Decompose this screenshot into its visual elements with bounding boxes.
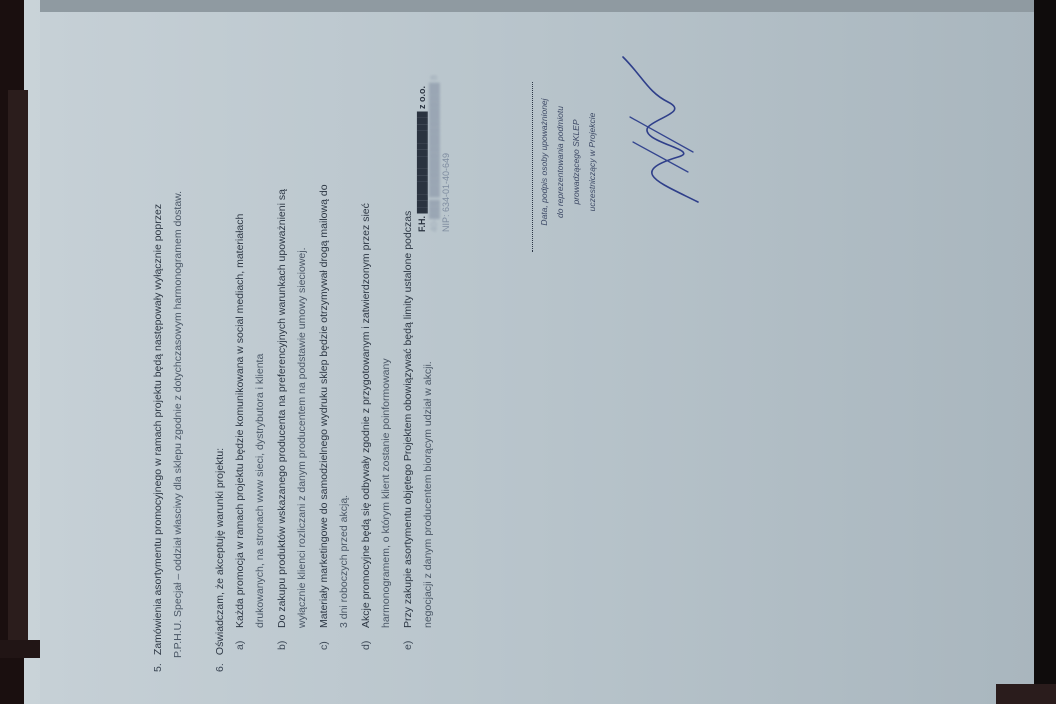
item-label: d) [356, 628, 376, 650]
text-line: Każda promocja w ramach projektu będzie … [234, 214, 246, 628]
item-label: e) [398, 628, 418, 650]
item-label: a) [230, 628, 250, 650]
handwritten-signature [618, 52, 708, 212]
signature-line [532, 82, 533, 252]
section-5-line-1: 5. Zamówienia asortymentu promocyjnego w… [148, 82, 168, 672]
folder-edge [8, 90, 28, 650]
section-number: 6. [210, 658, 230, 672]
text-line: Zamówienia asortymentu promocyjnego w ra… [152, 204, 164, 655]
section-6: 6. Oświadczam, że akceptuję warunki proj… [210, 82, 230, 672]
text-line: harmonogramem, o którym klient zostanie … [380, 358, 392, 628]
text-line: 3 dni roboczych przed akcją. [338, 495, 350, 628]
item-b: b)Do zakupu produktów wskazanego produce… [272, 80, 312, 650]
section-heading: Oświadczam, że akceptuję warunki projekt… [214, 448, 226, 655]
text-line: Materiały marketingowe do samodzielnego … [318, 184, 330, 628]
item-a: a)Każda promocja w ramach projektu będzi… [230, 80, 270, 650]
text-line: P.P.H.U. Specjał – oddział własciwy dla … [172, 191, 184, 658]
background-shadow [1034, 0, 1056, 704]
company-stamp: F.H. ████████████████ z o.o. 40-███ ████… [416, 52, 452, 232]
text-line: drukowanych, na stronach www sieci, dyst… [254, 354, 266, 628]
caption-line: uczestniczący w Projekcie [584, 72, 600, 252]
section-5-line-2: P.P.H.U. Specjał – oddział własciwy dla … [168, 82, 188, 672]
section-6-heading: 6. Oświadczam, że akceptuję warunki proj… [210, 82, 230, 672]
item-d: d)Akcje promocyjne będą się odbywały zgo… [356, 80, 396, 650]
item-label: b) [272, 628, 292, 650]
background-corner [996, 684, 1056, 704]
item-label: c) [314, 628, 334, 650]
stamp-address: 40-███ ██████████████████ 8 [428, 52, 440, 232]
section-number: 5. [148, 658, 168, 672]
stamp-nip: NIP: 634-01-40-649 [440, 52, 452, 232]
caption-line: Data, podpis osoby upoważnionej [536, 72, 552, 252]
text-line: wyłącznie klienci rozliczani z danym pro… [296, 247, 308, 628]
caption-line: prowadzącego SKLEP [568, 72, 584, 252]
stamp-company-name: F.H. ████████████████ z o.o. [416, 52, 428, 232]
caption-line: do reprezentowania podmiotu [552, 72, 568, 252]
section-5: 5. Zamówienia asortymentu promocyjnego w… [148, 82, 188, 672]
signature-caption: Data, podpis osoby upoważnionej do repre… [536, 72, 600, 252]
text-line: Przy zakupie asortymentu objętego Projek… [402, 211, 414, 628]
text-line: Akcje promocyjne będą się odbywały zgodn… [360, 203, 372, 628]
text-line: Do zakupu produktów wskazanego producent… [276, 189, 288, 628]
paper-top-edge [40, 0, 1040, 14]
item-c: c)Materiały marketingowe do samodzielneg… [314, 80, 354, 650]
text-line: negocjacji z danym producentem biorącym … [422, 361, 434, 628]
document-content: 5. Zamówienia asortymentu promocyjnego w… [148, 72, 608, 672]
